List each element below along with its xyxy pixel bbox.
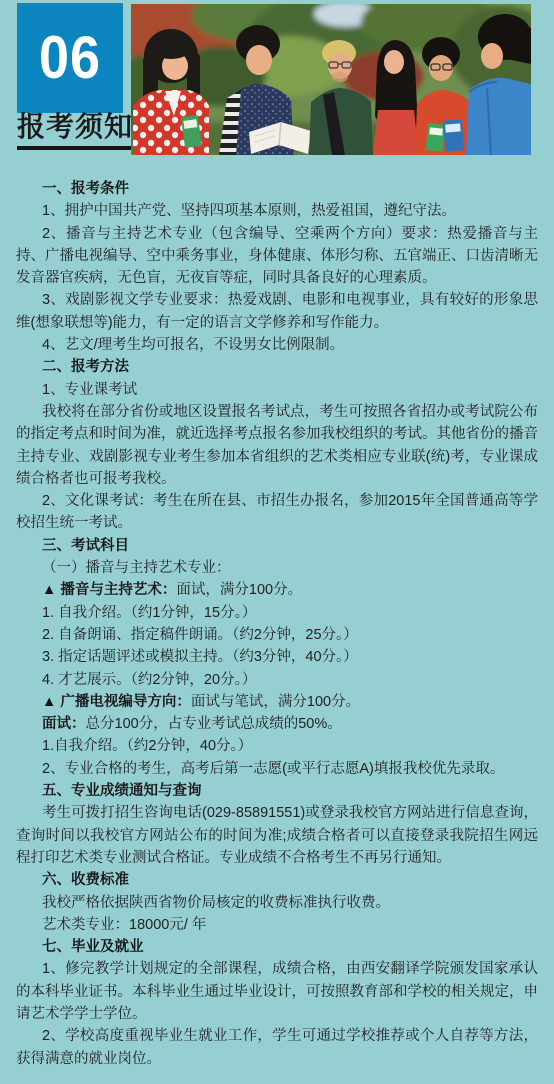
notice-paragraph: 1. 自我介绍。（约1分钟，15分。） [16,602,538,624]
campus-students-photo [131,4,531,155]
notice-paragraph: ▲ 广播电视编导方向：面试与笔试，满分100分。 [16,691,538,713]
exam-item-lead: ▲ 播音与主持艺术： [42,582,176,598]
notice-paragraph: 3. 指定话题评述或模拟主持。（约3分钟，40分。） [16,646,538,668]
notice-paragraph: 1.自我介绍。（约2分钟，40分。） [16,735,538,757]
notice-paragraph: 考生可拨打招生咨询电话(029-85891551)或登录我校官方网站进行信息查询… [16,802,538,869]
notice-paragraph: 2、学校高度重视毕业生就业工作，学生可通过学校推荐或个人自荐等方法，获得满意的就… [16,1025,538,1070]
notice-paragraph: 面试：总分100分，占专业考试总成绩的50%。 [16,713,538,735]
notice-paragraph: 1、专业课考试 [16,379,538,401]
notice-paragraph: （一）播音与主持艺术专业： [16,557,538,579]
admission-notice-page: 06 报考须知 [0,0,554,1084]
exam-item-lead: 面试： [42,716,86,732]
section-heading: 五、专业成绩通知与查询 [16,780,538,802]
notice-paragraph: 2、专业合格的考生，高考后第一志愿(或平行志愿A)填报我校优先录取。 [16,758,538,780]
notice-paragraph: 4. 才艺展示。（约2分钟，20分。） [16,669,538,691]
section-heading: 二、报考方法 [16,356,538,378]
notice-body: 一、报考条件 1、拥护中国共产党、坚持四项基本原则，热爱祖国，遵纪守法。 2、播… [16,178,538,1070]
exam-item-lead: ▲ 广播电视编导方向： [42,694,191,710]
notice-paragraph: 4、艺文/理考生均可报名，不设男女比例限制。 [16,334,538,356]
notice-paragraph: 我校严格依据陕西省物价局核定的收费标准执行收费。 [16,892,538,914]
notice-paragraph: 2. 自备朗诵、指定稿件朗诵。（约2分钟，25分。） [16,624,538,646]
page-number-badge: 06 [17,3,123,113]
exam-item-rest: 面试与笔试，满分100分。 [191,694,360,710]
notice-paragraph: 我校将在部分省份或地区设置报名考试点，考生可按照各省招办或考试院公布的指定考点和… [16,401,538,490]
notice-paragraph: 2、文化课考试：考生在所在县、市招生办报名，参加2015年全国普通高等学校招生统… [16,490,538,535]
exam-item-rest: 总分100分，占专业考试总成绩的50%。 [86,716,342,732]
notice-paragraph: 2、播音与主持艺术专业（包含编导、空乘两个方向）要求：热爱播音与主持、广播电视编… [16,223,538,290]
notice-paragraph: 3、戏剧影视文学专业要求：热爱戏剧、电影和电视事业，具有较好的形象思维(想象联想… [16,289,538,334]
notice-paragraph: 1、拥护中国共产党、坚持四项基本原则，热爱祖国，遵纪守法。 [16,200,538,222]
notice-paragraph: 艺术类专业：18000元/ 年 [16,914,538,936]
notice-paragraph: 1、修完教学计划规定的全部课程，成绩合格，由西安翻译学院颁发国家承认的本科毕业证… [16,958,538,1025]
notice-paragraph: ▲ 播音与主持艺术：面试，满分100分。 [16,579,538,601]
page-number: 06 [39,28,101,88]
page-title: 报考须知 [17,110,133,150]
section-heading: 一、报考条件 [16,178,538,200]
section-heading: 七、毕业及就业 [16,936,538,958]
section-heading: 六、收费标准 [16,869,538,891]
section-heading: 三、考试科目 [16,535,538,557]
exam-item-rest: 面试，满分100分。 [176,582,302,598]
